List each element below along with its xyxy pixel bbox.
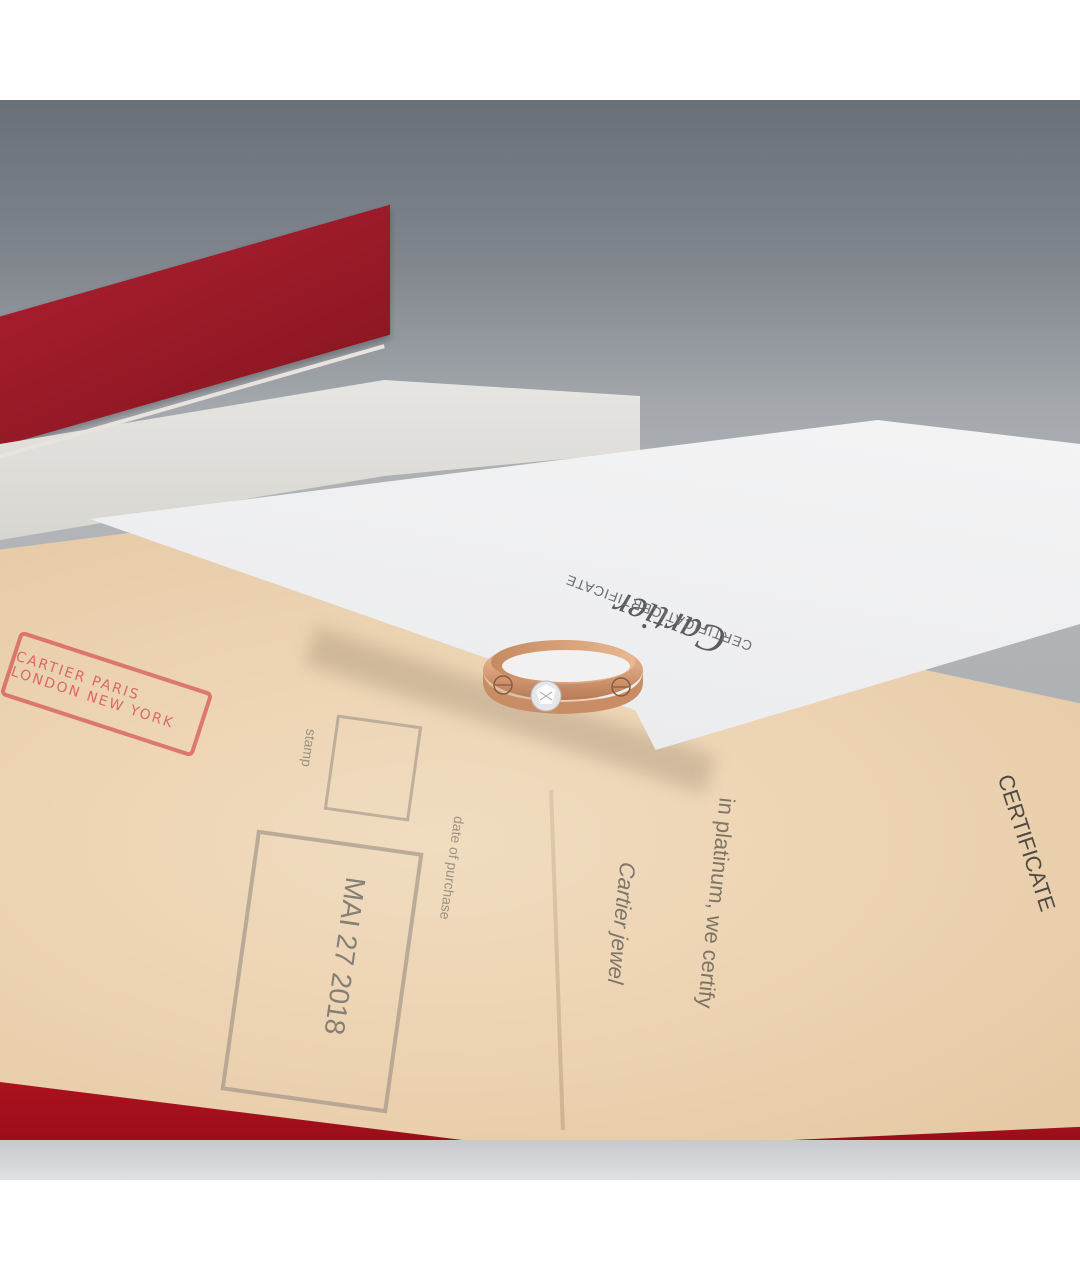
diamond-ring	[478, 630, 648, 720]
table-surface	[0, 1140, 1080, 1180]
product-photo: CARTIER PARIS LONDON NEW YORK MAI 27 201…	[0, 100, 1080, 1180]
signature-box	[324, 714, 423, 821]
